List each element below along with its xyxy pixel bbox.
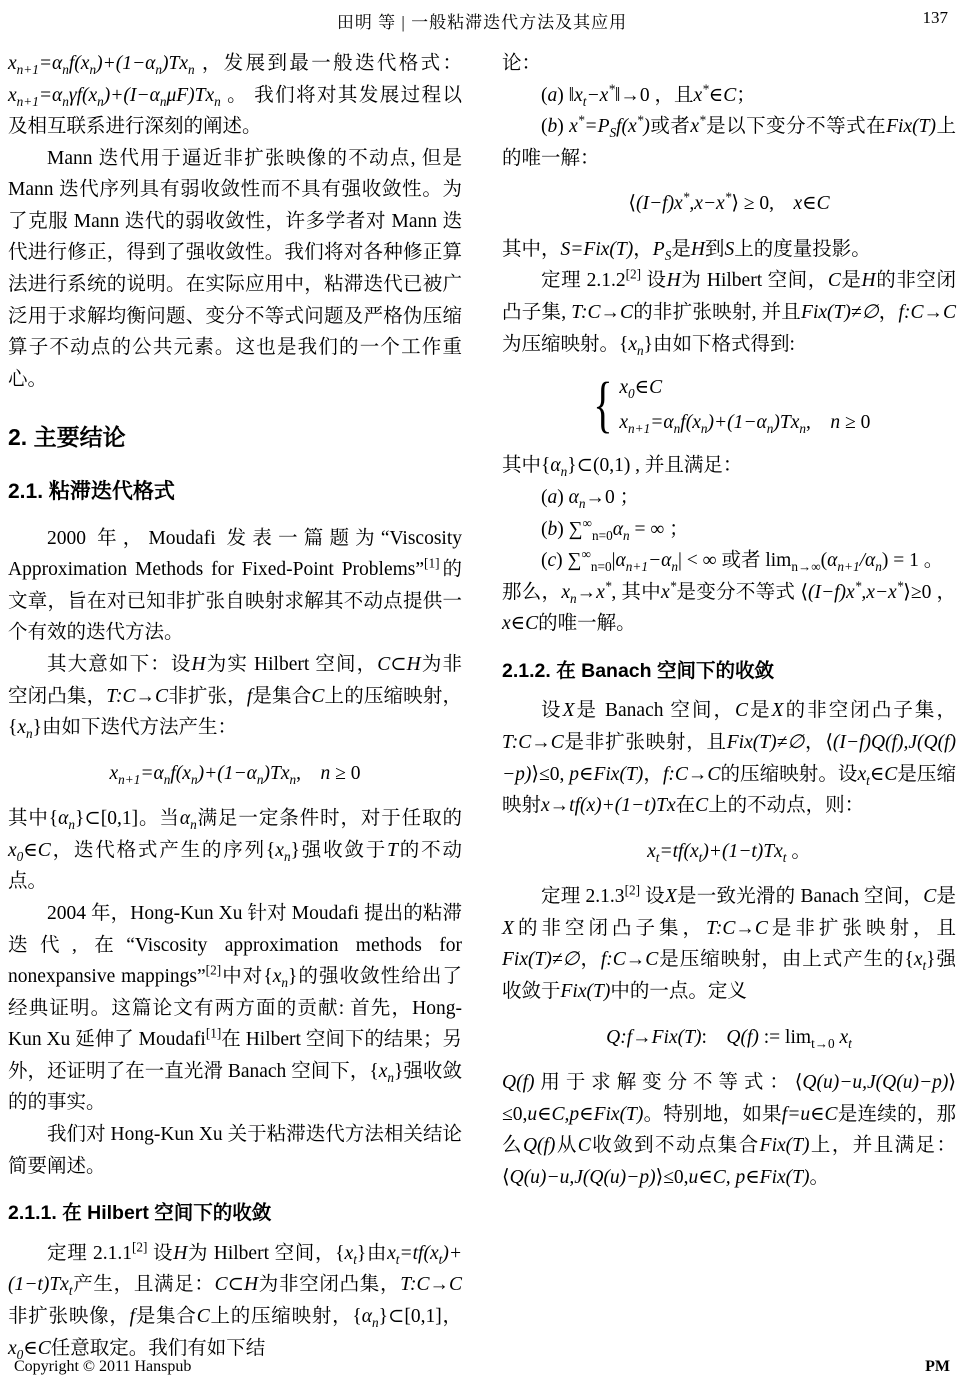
paragraph: 定理 2.1.3[2] 设X是一致光滑的 Banach 空间，C是X的非空闭凸子… — [502, 881, 956, 1007]
paragraph: 2000 年，Moudafi 发表一篇题为“Viscosity Approxim… — [8, 523, 462, 649]
list-item: (c) ∑∞n=0|αn+1−αn| < ∞ 或者 limn→∞(αn+1/αn… — [502, 545, 956, 577]
equation-line: x0∈C — [619, 372, 662, 404]
copyright-text: Copyright © 2011 Hanspub — [14, 1358, 191, 1376]
list-item: (a) αn→0 ； — [502, 482, 956, 514]
paragraph: 我们对 Hong-Kun Xu 关于粘滞迭代方法相关结论简要阐述。 — [8, 1119, 462, 1182]
paragraph: 其中{αn}⊂(0,1) , 并且满足： — [502, 450, 956, 482]
paragraph: 那么，xn→x*, 其中x*是变分不等式 ⟨(I−f)x*,x−x*⟩≥0 ，x… — [502, 577, 956, 640]
paragraph: 其中，S=Fix(T)，PS是H到S上的度量投影。 — [502, 234, 956, 266]
system-brace: { — [593, 374, 612, 436]
paper-page: 田明 等 | 一般粘滞迭代方法及其应用 137 xn+1=αnf(xn)+(1−… — [0, 0, 964, 1386]
paragraph: 论： — [502, 48, 956, 80]
left-column: xn+1=αnf(xn)+(1−αn)Txn ，发展到最一般迭代格式：xn+1=… — [8, 48, 462, 1364]
page-footer: Copyright © 2011 Hanspub PM — [14, 1358, 950, 1376]
list-item: (b) ∑∞n=0αn = ∞ ； — [502, 514, 956, 546]
equation-line: xn+1=αnf(xn)+(1−αn)Txn, n ≥ 0 — [619, 407, 870, 439]
paragraph: 其中{αn}⊂[0,1]。当αn满足一定条件时，对于任取的x0∈C，迭代格式产生… — [8, 803, 462, 898]
paragraph: 2004 年，Hong-Kun Xu 针对 Moudafi 提出的粘滞迭代, 在… — [8, 898, 462, 1119]
page-number: 137 — [923, 8, 949, 28]
subsubsection-heading: 2.1.2. 在 Banach 空间下的收敛 — [502, 656, 956, 688]
running-title: 田明 等 | 一般粘滞迭代方法及其应用 — [337, 13, 627, 32]
right-column: 论： (a) ‖xt−x*‖→0 ，且x*∈C； (b) x*=PSf(x*)或… — [502, 48, 956, 1364]
paragraph: 设X是 Banach 空间，C是X的非空闭凸子集，T:C→C是非扩张映射，且Fi… — [502, 695, 956, 821]
list-item: (a) ‖xt−x*‖→0 ，且x*∈C； — [502, 80, 956, 112]
list-item: (b) x*=PSf(x*)或者x*是以下变分不等式在Fix(T)上的唯一解： — [502, 111, 956, 174]
subsubsection-heading: 2.1.1. 在 Hilbert 空间下的收敛 — [8, 1198, 462, 1230]
journal-mark: PM — [925, 1358, 950, 1376]
paragraph: Mann 迭代用于逼近非扩张映像的不动点, 但是 Mann 迭代序列具有弱收敛性… — [8, 143, 462, 396]
system-lines: x0∈C xn+1=αnf(xn)+(1−αn)Txn, n ≥ 0 — [619, 372, 870, 438]
paragraph: xn+1=αnf(xn)+(1−αn)Txn ，发展到最一般迭代格式：xn+1=… — [8, 48, 462, 143]
section-heading: 2. 主要结论 — [8, 419, 462, 456]
display-equation: Q:f→Fix(T): Q(f) := limt→0 xt — [502, 1022, 956, 1054]
display-equation: ⟨(I−f)x*,x−x*⟩ ≥ 0, x∈C — [502, 188, 956, 220]
display-equation-system: { x0∈C xn+1=αnf(xn)+(1−αn)Txn, n ≥ 0 — [502, 372, 956, 438]
subsection-heading: 2.1. 粘滞迭代格式 — [8, 475, 462, 509]
paragraph: Q(f)用于求解变分不等式：⟨Q(u)−u,J(Q(u)−p)⟩≤0,u∈C,p… — [502, 1067, 956, 1193]
display-equation: xt=tf(xt)+(1−t)Txt 。 — [502, 836, 956, 868]
paragraph: 定理 2.1.2[2] 设H为 Hilbert 空间，C是H的非空闭凸子集, T… — [502, 265, 956, 360]
display-equation: xn+1=αnf(xn)+(1−αn)Txn, n ≥ 0 — [8, 758, 462, 790]
paragraph: 其大意如下：设H为实 Hilbert 空间，C⊂H为非空闭凸集，T:C→C非扩张… — [8, 649, 462, 744]
paragraph: 定理 2.1.1[2] 设H为 Hilbert 空间，{xt}由xt=tf(xt… — [8, 1238, 462, 1364]
running-header: 田明 等 | 一般粘滞迭代方法及其应用 — [0, 8, 964, 33]
two-column-body: xn+1=αnf(xn)+(1−αn)Txn ，发展到最一般迭代格式：xn+1=… — [8, 48, 956, 1364]
